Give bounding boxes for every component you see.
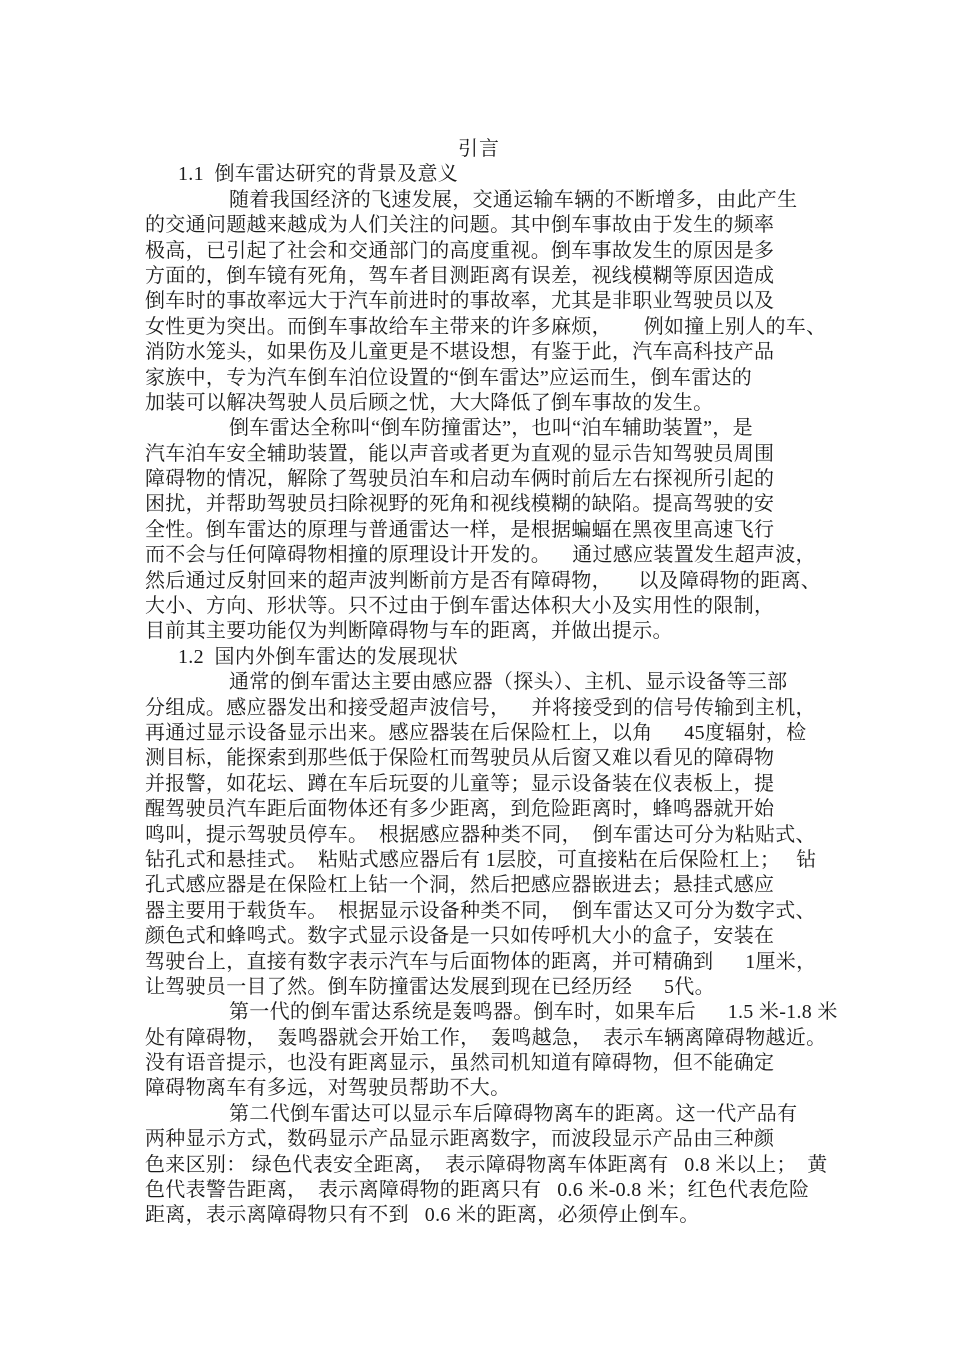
text-line: 加装可以解决驾驶人员后顾之忧，大大降低了倒车事故的发生。 xyxy=(145,391,813,416)
text-line: 障碍物离车有多远，对驾驶员帮助不大。 xyxy=(145,1076,813,1101)
text-line: 然后通过反射回来的超声波判断前方是否有障碍物， 以及障碍物的距离、 xyxy=(145,569,813,594)
text-line: 随着我国经济的飞速发展，交通运输车辆的不断增多，由此产生 xyxy=(145,188,813,213)
text-line: 全性。倒车雷达的原理与普通雷达一样，是根据蝙蝠在黑夜里高速飞行 xyxy=(145,518,813,543)
text-line: 方面的，倒车镜有死角，驾车者目测距离有误差，视线模糊等原因造成 xyxy=(145,264,813,289)
text-line: 驾驶台上，直接有数字表示汽车与后面物体的距离，并可精确到 1厘米， xyxy=(145,950,813,975)
text-line: 孔式感应器是在保险杠上钻一个洞，然后把感应器嵌进去；悬挂式感应 xyxy=(145,873,813,898)
text-line: 让驾驶员一目了然。倒车防撞雷达发展到现在已经历经 5代。 xyxy=(145,975,813,1000)
text-line: 再通过显示设备显示出来。感应器装在后保险杠上，以角 45度辐射，检 xyxy=(145,721,813,746)
text-line: 而不会与任何障碍物相撞的原理设计开发的。 通过感应装置发生超声波， xyxy=(145,543,813,568)
text-line: 极高，已引起了社会和交通部门的高度重视。倒车事故发生的原因是多 xyxy=(145,239,813,264)
text-line: 没有语音提示，也没有距离显示，虽然司机知道有障碍物，但不能确定 xyxy=(145,1051,813,1076)
text-line: 通常的倒车雷达主要由感应器（探头）、主机、显示设备等三部 xyxy=(145,670,813,695)
document-page: 引言1.1 倒车雷达研究的背景及意义随着我国经济的飞速发展，交通运输车辆的不断增… xyxy=(0,0,956,1353)
text-line: 醒驾驶员汽车距后面物体还有多少距离，到危险距离时，蜂鸣器就开始 xyxy=(145,797,813,822)
text-line: 鸣叫，提示驾驶员停车。 根据感应器种类不同， 倒车雷达可分为粘贴式、 xyxy=(145,823,813,848)
text-line: 障碍物的情况，解除了驾驶员泊车和启动车俩时前后左右探视所引起的 xyxy=(145,467,813,492)
section-heading: 1.1 倒车雷达研究的背景及意义 xyxy=(145,162,813,187)
text-line: 大小、方向、形状等。只不过由于倒车雷达体积大小及实用性的限制， xyxy=(145,594,813,619)
text-line: 困扰，并帮助驾驶员扫除视野的死角和视线模糊的缺陷。提高驾驶的安 xyxy=(145,492,813,517)
text-line: 第二代倒车雷达可以显示车后障碍物离车的距离。这一代产品有 xyxy=(145,1102,813,1127)
text-line: 汽车泊车安全辅助装置，能以声音或者更为直观的显示告知驾驶员周围 xyxy=(145,442,813,467)
text-line: 处有障碍物， 轰鸣器就会开始工作， 轰鸣越急， 表示车辆离障碍物越近。 xyxy=(145,1026,813,1051)
text-line: 器主要用于载货车。 根据显示设备种类不同， 倒车雷达又可分为数字式、 xyxy=(145,899,813,924)
document-content: 引言1.1 倒车雷达研究的背景及意义随着我国经济的飞速发展，交通运输车辆的不断增… xyxy=(145,137,813,1229)
document-title: 引言 xyxy=(145,137,813,162)
text-line: 测目标，能探索到那些低于保险杠而驾驶员从后窗又难以看见的障碍物 xyxy=(145,746,813,771)
section-heading: 1.2 国内外倒车雷达的发展现状 xyxy=(145,645,813,670)
text-line: 目前其主要功能仅为判断障碍物与车的距离，并做出提示。 xyxy=(145,619,813,644)
text-line: 色来区别： 绿色代表安全距离， 表示障碍物离车体距离有 0.8 米以上； 黄 xyxy=(145,1153,813,1178)
text-line: 距离，表示离障碍物只有不到 0.6 米的距离，必须停止倒车。 xyxy=(145,1203,813,1228)
text-line: 倒车雷达全称叫“倒车防撞雷达”，也叫“泊车辅助装置”，是 xyxy=(145,416,813,441)
text-line: 倒车时的事故率远大于汽车前进时的事故率，尤其是非职业驾驶员以及 xyxy=(145,289,813,314)
text-line: 两种显示方式，数码显示产品显示距离数字，而波段显示产品由三种颜 xyxy=(145,1127,813,1152)
text-line: 钻孔式和悬挂式。 粘贴式感应器后有 1层胶，可直接粘在后保险杠上； 钻 xyxy=(145,848,813,873)
text-line: 的交通问题越来越成为人们关注的问题。其中倒车事故由于发生的频率 xyxy=(145,213,813,238)
text-line: 第一代的倒车雷达系统是轰鸣器。倒车时，如果车后 1.5 米-1.8 米 xyxy=(145,1000,813,1025)
text-line: 女性更为突出。而倒车事故给车主带来的许多麻烦， 例如撞上别人的车、 xyxy=(145,315,813,340)
text-line: 并报警，如花坛、蹲在车后玩耍的儿童等；显示设备装在仪表板上，提 xyxy=(145,772,813,797)
text-line: 色代表警告距离， 表示离障碍物的距离只有 0.6 米-0.8 米；红色代表危险 xyxy=(145,1178,813,1203)
text-line: 颜色式和蜂鸣式。数字式显示设备是一只如传呼机大小的盒子，安装在 xyxy=(145,924,813,949)
text-line: 消防水笼头，如果伤及儿童更是不堪设想，有鉴于此，汽车高科技产品 xyxy=(145,340,813,365)
text-line: 家族中，专为汽车倒车泊位设置的“倒车雷达”应运而生，倒车雷达的 xyxy=(145,366,813,391)
text-line: 分组成。感应器发出和接受超声波信号， 并将接受到的信号传输到主机， xyxy=(145,696,813,721)
